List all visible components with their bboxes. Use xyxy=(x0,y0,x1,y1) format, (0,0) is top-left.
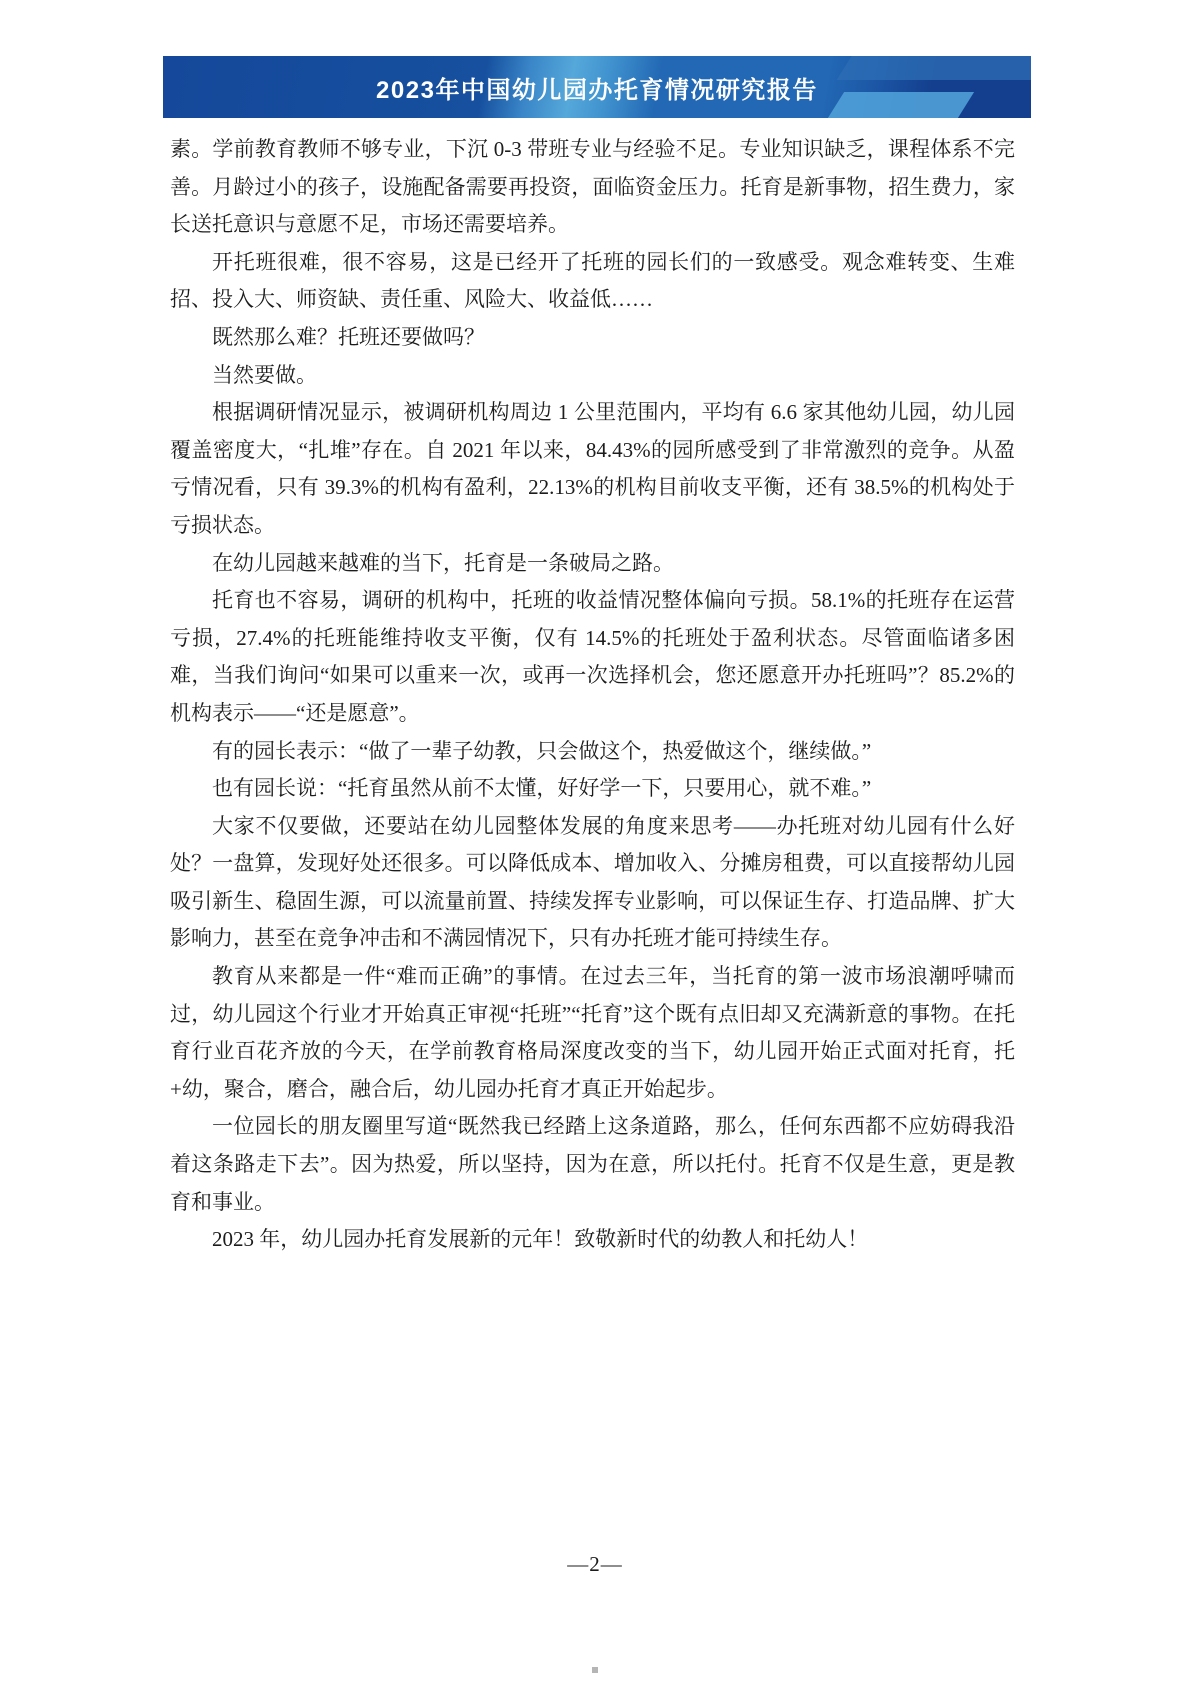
paragraph-10: 大家不仅要做，还要站在幼儿园整体发展的角度来思考——办托班对幼儿园有什么好处？一… xyxy=(170,808,1015,958)
report-header-banner: 2023年中国幼儿园办托育情况研究报告 xyxy=(163,56,1031,118)
paragraph-6: 在幼儿园越来越难的当下，托育是一条破局之路。 xyxy=(170,545,1015,583)
paragraph-7: 托育也不容易，调研的机构中，托班的收益情况整体偏向亏损。58.1%的托班存在运营… xyxy=(170,582,1015,732)
paragraph-1: 素。学前教育教师不够专业，下沉 0-3 带班专业与经验不足。专业知识缺乏，课程体… xyxy=(170,131,1015,244)
paragraph-9: 也有园长说：“托育虽然从前不太懂，好好学一下，只要用心，就不难。” xyxy=(170,770,1015,808)
report-page: 2023年中国幼儿园办托育情况研究报告 素。学前教育教师不够专业，下沉 0-3 … xyxy=(0,0,1190,1683)
paragraph-4: 当然要做。 xyxy=(170,357,1015,395)
paragraph-2: 开托班很难，很不容易，这是已经开了托班的园长们的一致感受。观念难转变、生难招、投… xyxy=(170,244,1015,319)
banner-stripe-decoration xyxy=(837,56,1031,80)
report-title: 2023年中国幼儿园办托育情况研究报告 xyxy=(376,70,818,105)
paragraph-8: 有的园长表示：“做了一辈子幼教，只会做这个，热爱做这个，继续做。” xyxy=(170,733,1015,771)
paragraph-5: 根据调研情况显示，被调研机构周边 1 公里范围内，平均有 6.6 家其他幼儿园，… xyxy=(170,394,1015,544)
paragraph-11: 教育从来都是一件“难而正确”的事情。在过去三年，当托育的第一波市场浪潮呼啸而过，… xyxy=(170,958,1015,1108)
document-body: 素。学前教育教师不够专业，下沉 0-3 带班专业与经验不足。专业知识缺乏，课程体… xyxy=(170,131,1015,1259)
page-number: —2— xyxy=(0,1552,1190,1577)
dot-artifact xyxy=(592,1667,598,1673)
paragraph-13: 2023 年，幼儿园办托育发展新的元年！致敬新时代的幼教人和托幼人！ xyxy=(170,1221,1015,1259)
paragraph-12: 一位园长的朋友圈里写道“既然我已经踏上这条道路，那么，任何东西都不应妨碍我沿着这… xyxy=(170,1108,1015,1221)
banner-corner-decoration xyxy=(818,92,974,118)
paragraph-3: 既然那么难？托班还要做吗？ xyxy=(170,319,1015,357)
